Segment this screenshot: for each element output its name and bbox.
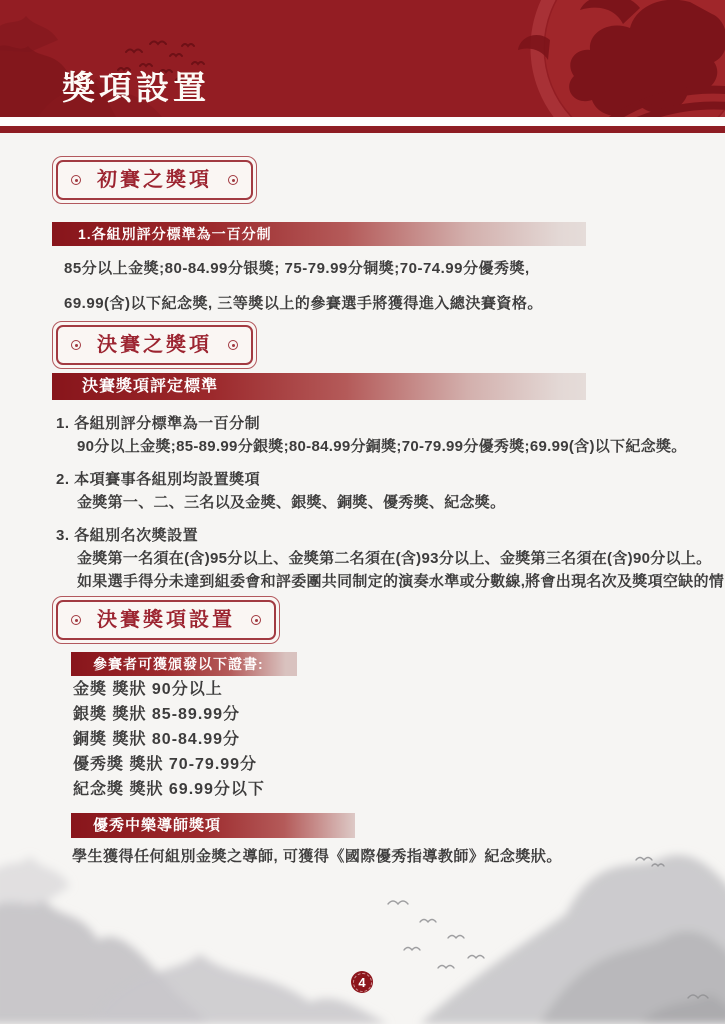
mountain-right-inner (540, 932, 725, 1024)
list-item-title: 1. 各組別評分標準為一百分制 (56, 412, 725, 435)
badge-label: 決賽獎項設置 (95, 610, 237, 630)
list-item-line: 90分以上金獎;85-89.99分銀獎;80-84.99分銅獎;70-79.99… (77, 435, 725, 458)
plaque-dot-left-icon (71, 340, 81, 350)
text-line: 85分以上金獎;80-84.99分银獎; 75-79.99分铜獎;70-74.9… (64, 251, 543, 286)
document-page: 獎項設置 初賽之獎項 1.各組別評分標準為一百分制 85分以上金獎;80-84.… (0, 0, 725, 1024)
teacher-award-text: 學生獲得任何組別金獎之導師, 可獲得《國際優秀指導教師》紀念獎狀。 (72, 846, 562, 868)
certificate-item: 優秀獎 獎狀 70-79.99分 (73, 752, 265, 777)
plaque-dot-left-icon (71, 615, 81, 625)
certificate-item: 金獎 獎狀 90分以上 (73, 677, 265, 702)
mountain-right (420, 855, 725, 1024)
badge-label: 決賽之獎項 (95, 335, 214, 355)
text-line: 69.99(含)以下紀念獎, 三等獎以上的參賽選手將獲得進入總決賽資格。 (64, 286, 543, 321)
mountain-left-mid (90, 954, 388, 1024)
page-title: 獎項設置 (62, 62, 210, 109)
plaque-dot-right-icon (228, 340, 238, 350)
list-item-line: 金獎第一、二、三名以及金獎、銀獎、銅獎、優秀獎、紀念獎。 (77, 491, 725, 514)
banner-finals-criteria: 決賽獎項評定標準 (52, 373, 586, 400)
banner-preliminary-criteria: 1.各組別評分標準為一百分制 (52, 222, 586, 246)
list-item-line: 金獎第一名須在(含)95分以上、金獎第二名須在(含)93分以上、金獎第三名須在(… (77, 547, 725, 570)
section-badge-finals-setup: 決賽獎項設置 (52, 596, 280, 644)
list-item: 1. 各組別評分標準為一百分制 90分以上金獎;85-89.99分銀獎;80-8… (56, 412, 725, 458)
list-item: 2. 本項賽事各組別均設置獎項 金獎第一、二、三名以及金獎、銀獎、銅獎、優秀獎、… (56, 468, 725, 514)
plaque-dot-right-icon (251, 615, 261, 625)
finals-criteria-list: 1. 各組別評分標準為一百分制 90分以上金獎;85-89.99分銀獎;80-8… (56, 412, 725, 626)
page-number: 4 (358, 976, 365, 989)
preliminary-criteria-text: 85分以上金獎;80-84.99分银獎; 75-79.99分铜獎;70-74.9… (64, 251, 543, 321)
badge-label: 初賽之獎項 (95, 170, 214, 190)
list-item-title: 2. 本項賽事各組別均設置獎項 (56, 468, 725, 491)
page-number-badge: 4 (351, 971, 373, 993)
dragon-emblem-icon (518, 0, 725, 117)
plaque-frame: 初賽之獎項 (56, 160, 253, 200)
header-divider-stripe (0, 126, 725, 133)
list-item-title: 3. 各組別名次獎設置 (56, 524, 725, 547)
header-divider-gap (0, 117, 725, 126)
plaque-frame: 決賽獎項設置 (56, 600, 276, 640)
certificate-list: 金獎 獎狀 90分以上 銀獎 獎狀 85-89.99分 銅獎 獎狀 80-84.… (73, 677, 265, 802)
mountain-right-foot (640, 994, 725, 1024)
plaque-dot-right-icon (228, 175, 238, 185)
certificate-item: 紀念獎 獎狀 69.99分以下 (73, 777, 265, 802)
section-badge-finals: 決賽之獎項 (52, 321, 257, 369)
certificate-item: 銅獎 獎狀 80-84.99分 (73, 727, 265, 752)
header-band: 獎項設置 (0, 0, 725, 117)
banner-certificates: 參賽者可獲頒發以下證書: (71, 652, 297, 676)
section-badge-preliminary: 初賽之獎項 (52, 156, 257, 204)
banner-teacher-award: 優秀中樂導師獎項 (71, 813, 355, 838)
certificate-item: 銀獎 獎狀 85-89.99分 (73, 702, 265, 727)
mountain-left (0, 900, 210, 1024)
plaque-frame: 決賽之獎項 (56, 325, 253, 365)
plaque-dot-left-icon (71, 175, 81, 185)
birds-icon (388, 858, 708, 999)
mountain-left-top (0, 856, 70, 906)
